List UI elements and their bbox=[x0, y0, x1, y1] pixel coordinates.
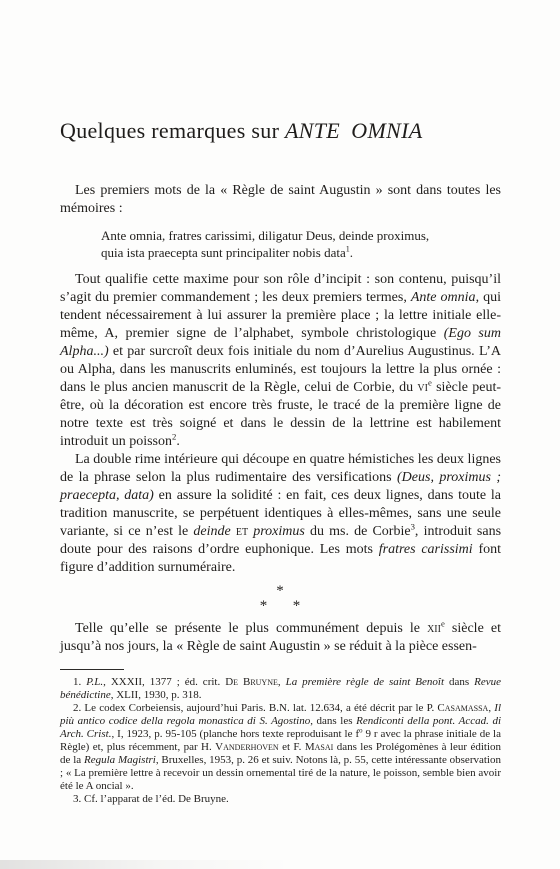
latin-quote: Ante omnia, fratres carissimi, diligatur… bbox=[101, 227, 501, 261]
scan-edge-artifact bbox=[0, 860, 290, 869]
scanned-page: Quelques remarques sur ANTE OMNIA Les pr… bbox=[0, 0, 560, 869]
footnote-2: 2. Le codex Corbeiensis, aujourd’hui Par… bbox=[60, 702, 501, 793]
page-title: Quelques remarques sur ANTE OMNIA bbox=[60, 118, 501, 144]
footnote-1: 1. P.L., XXXII, 1377 ; éd. crit. De Bruy… bbox=[60, 676, 501, 702]
quote-line-1: Ante omnia, fratres carissimi, diligatur… bbox=[101, 227, 501, 244]
paragraph-incipit: Tout qualifie cette maxime pour son rôle… bbox=[60, 271, 501, 451]
text-block: Quelques remarques sur ANTE OMNIA Les pr… bbox=[60, 0, 501, 806]
asterisk-top: * bbox=[60, 584, 501, 599]
asterism-divider: * * * bbox=[60, 584, 501, 614]
footnote-3: 3. Cf. l’apparat de l’éd. De Bruyne. bbox=[60, 793, 501, 806]
footnote-separator-rule bbox=[60, 669, 124, 670]
paragraph-double-rime: La double rime intérieure qui découpe en… bbox=[60, 451, 501, 577]
closing-paragraph: Telle qu’elle se présente le plus commun… bbox=[60, 620, 501, 656]
asterisk-bottom-pair: * * bbox=[60, 599, 501, 614]
intro-paragraph: Les premiers mots de la « Règle de saint… bbox=[60, 182, 501, 218]
footnotes-section: 1. P.L., XXXII, 1377 ; éd. crit. De Bruy… bbox=[60, 676, 501, 806]
quote-line-2: quia ista praecepta sunt principaliter n… bbox=[101, 244, 501, 261]
